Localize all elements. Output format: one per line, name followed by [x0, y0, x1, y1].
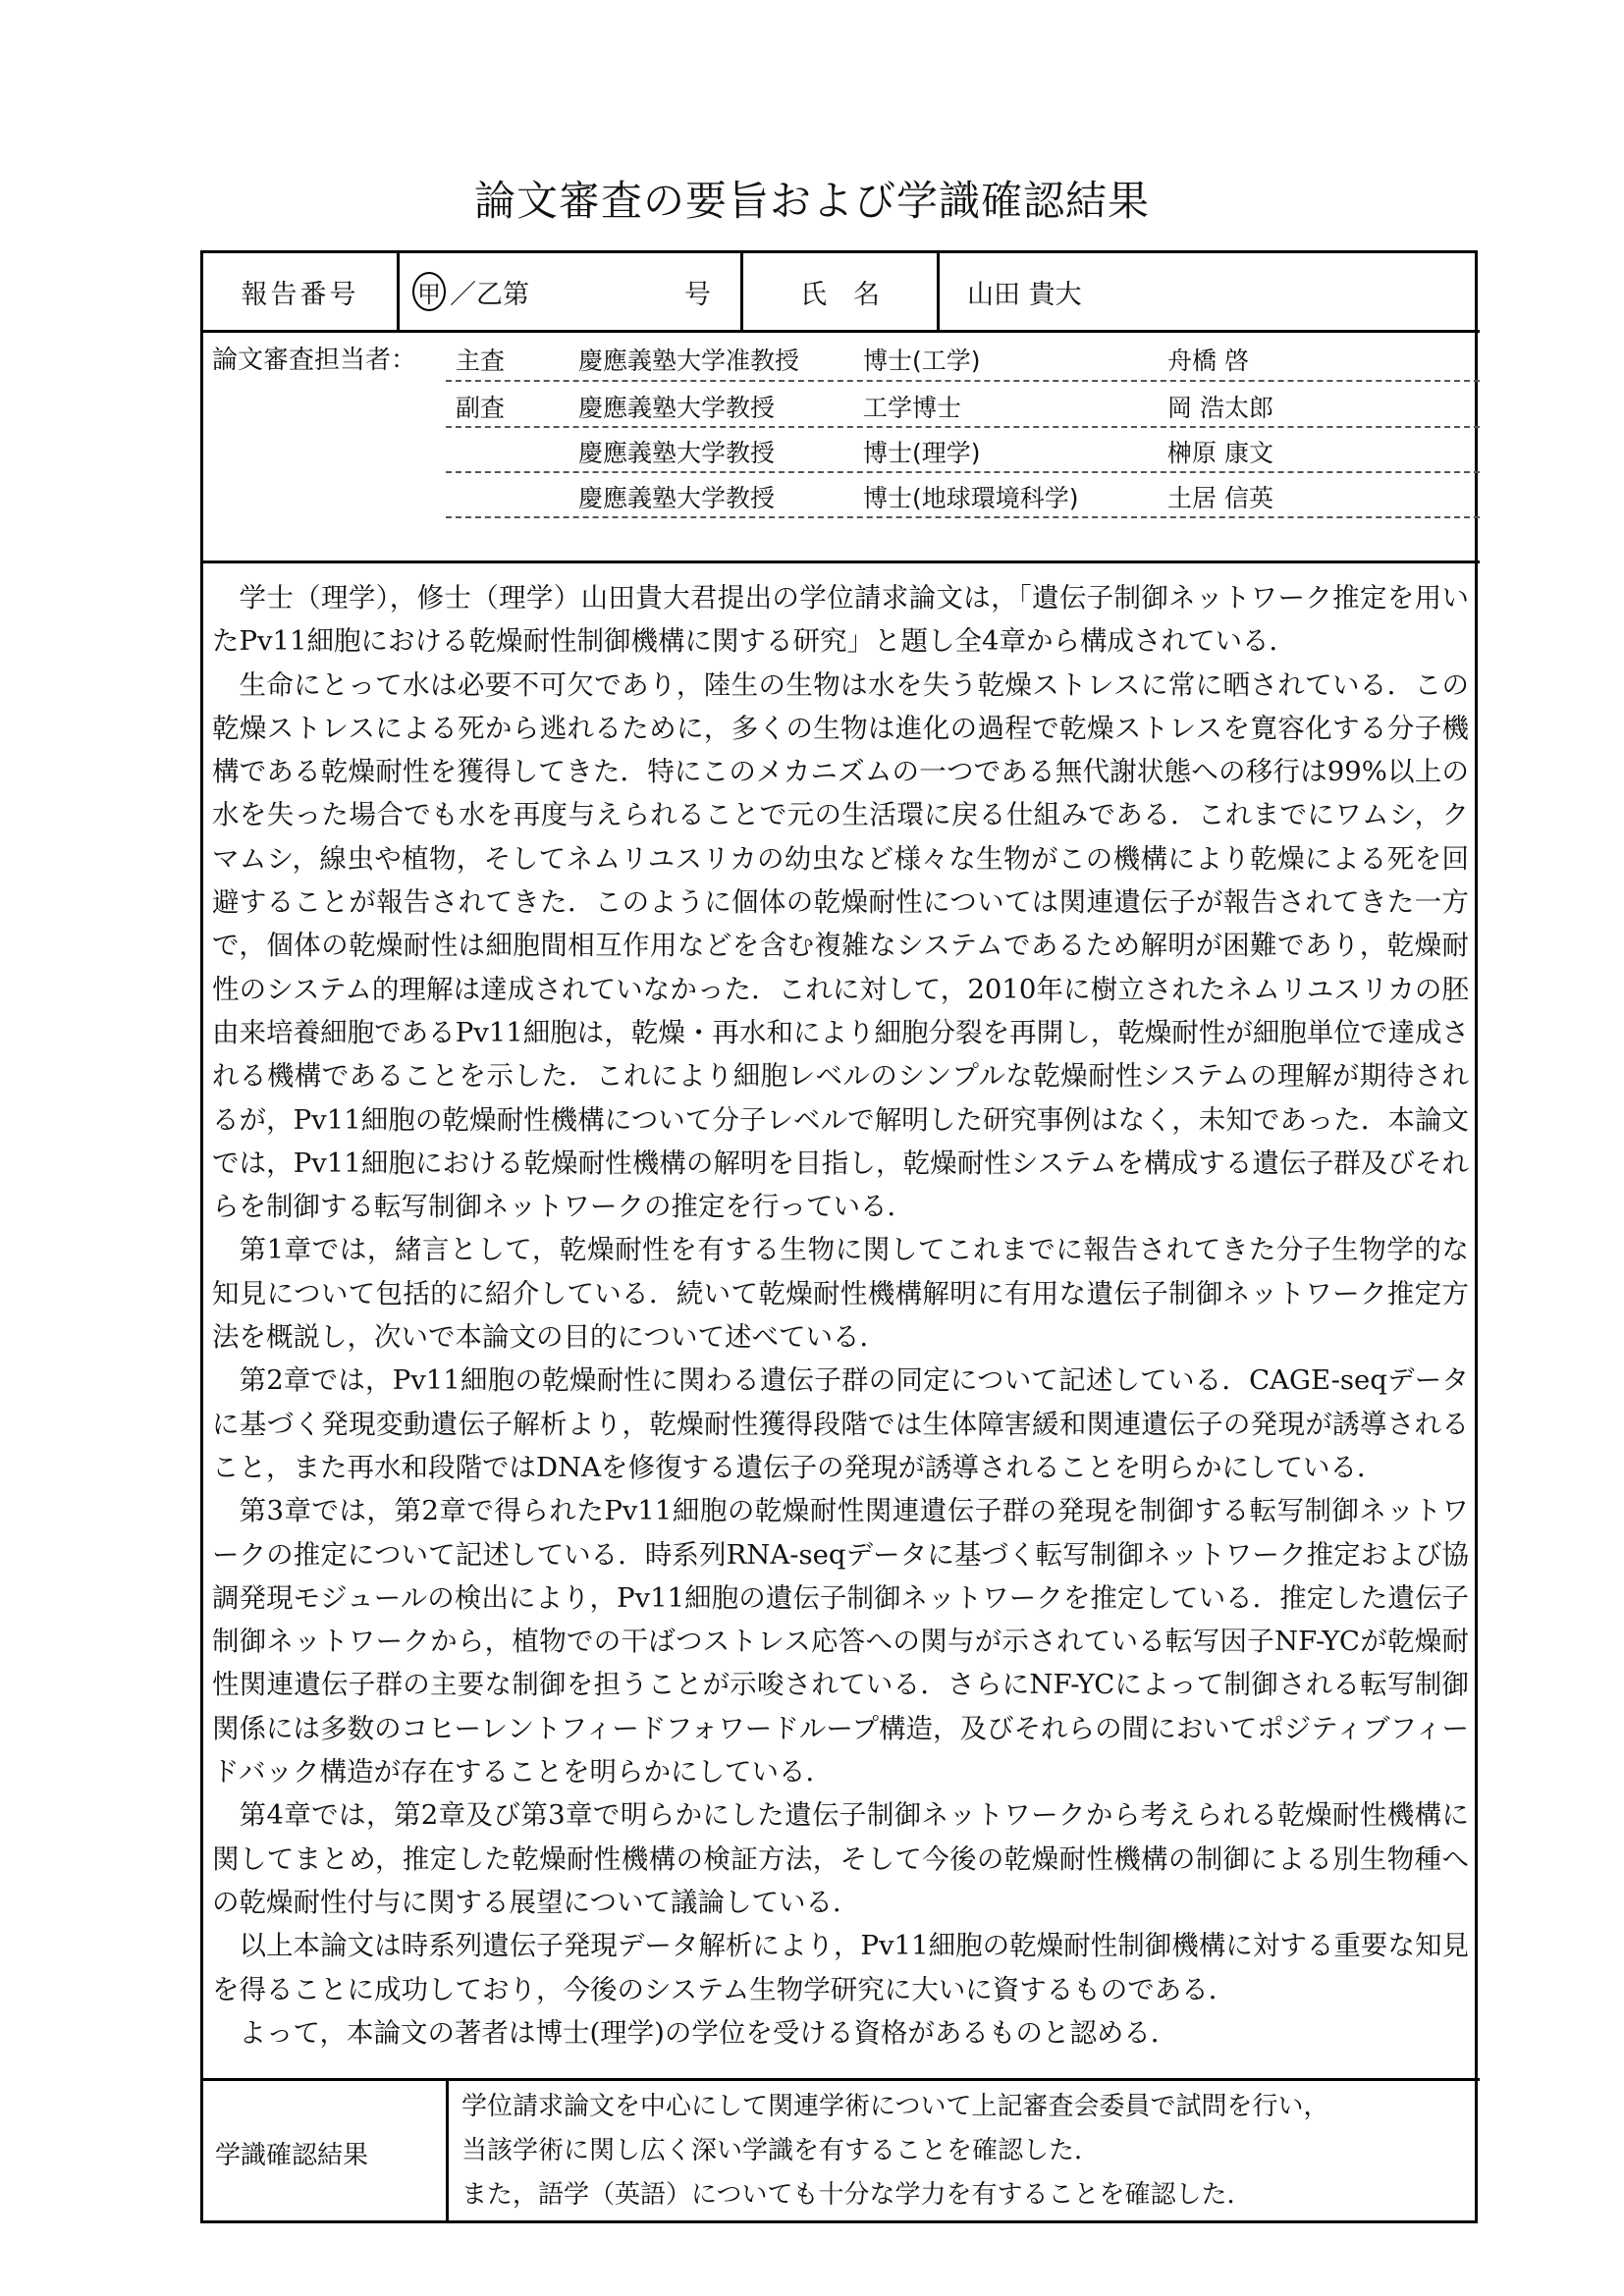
report-type-text: ／乙第	[450, 273, 529, 311]
summary-paragraph: 第1章では，緒言として，乾燥耐性を有する生物に関してこれまでに報告されてきた分子…	[212, 1228, 1469, 1359]
summary-paragraph: 以上本論文は時系列遺伝子発現データ解析により，Pv11細胞の乾燥耐性制御機構に対…	[212, 1924, 1469, 2011]
column-divider	[397, 250, 400, 333]
member-degree: 博士(理学)	[863, 434, 981, 469]
member-name: 土居 信英	[1167, 479, 1273, 514]
summary-paragraph: 学士（理学），修士（理学）山田貴大君提出の学位請求論文は，「遺伝子制御ネットワー…	[212, 576, 1469, 664]
committee-row: 副査 慶應義塾大学教授 工学博士 岡 浩太郎	[446, 381, 1480, 426]
member-role: 副査	[456, 389, 505, 424]
summary-paragraph: 生命にとって水は必要不可欠であり，陸生の生物は水を失う乾燥ストレスに常に晒されて…	[212, 664, 1469, 1229]
summary-paragraph: 第4章では，第2章及び第3章で明らかにした遺伝子制御ネットワークから考えられる乾…	[212, 1793, 1469, 1924]
member-degree: 工学博士	[863, 389, 961, 424]
circled-kou-mark: 甲	[412, 272, 446, 311]
report-number-field: 甲 ／乙第 号	[412, 253, 740, 330]
review-summary: 学士（理学），修士（理学）山田貴大君提出の学位請求論文は，「遺伝子制御ネットワー…	[212, 576, 1469, 2055]
summary-paragraph: 第3章では，第2章で得られたPv11細胞の乾燥耐性関連遺伝子群の発現を制御する転…	[212, 1489, 1469, 1793]
committee-section-divider	[200, 561, 1480, 563]
report-number-label: 報告番号	[203, 253, 397, 330]
committee-row: 慶應義塾大学教授 博士(地球環境科学) 土居 信英	[446, 471, 1480, 516]
result-line: 当該学術に関し広く深い学識を有することを確認した．	[461, 2129, 1473, 2173]
result-line: 学位請求論文を中心にして関連学術について上記審査会委員で試問を行い，	[461, 2085, 1473, 2129]
member-affiliation: 慶應義塾大学准教授	[578, 342, 799, 377]
result-section-divider	[200, 2078, 1480, 2081]
candidate-name: 山田 貴大	[967, 253, 1458, 330]
committee-label: 論文審査担当者：	[212, 340, 416, 376]
name-label: 氏 名	[743, 253, 937, 330]
member-name: 舟橋 啓	[1167, 342, 1249, 377]
member-role: 主査	[456, 342, 505, 377]
result-label: 学識確認結果	[203, 2082, 447, 2223]
committee-row: 主査 慶應義塾大学准教授 博士(工学) 舟橋 啓	[446, 334, 1480, 379]
member-degree: 博士(工学)	[863, 342, 981, 377]
member-affiliation: 慶應義塾大学教授	[578, 479, 775, 514]
summary-paragraph: よって，本論文の著者は博士(理学)の学位を受ける資格があるものと認める．	[212, 2011, 1469, 2055]
member-name: 岡 浩太郎	[1167, 389, 1273, 424]
member-affiliation: 慶應義塾大学教授	[578, 434, 775, 469]
member-name: 榊原 康文	[1167, 434, 1273, 469]
member-degree: 博士(地球環境科学)	[863, 479, 1079, 514]
member-affiliation: 慶應義塾大学教授	[578, 389, 775, 424]
header-row-divider	[200, 330, 1480, 333]
report-number-suffix: 号	[684, 273, 711, 311]
result-text: 学位請求論文を中心にして関連学術について上記審査会委員で試問を行い， 当該学術に…	[461, 2085, 1473, 2217]
column-divider	[937, 250, 940, 333]
summary-paragraph: 第2章では，Pv11細胞の乾燥耐性に関わる遺伝子群の同定について記述している．C…	[212, 1359, 1469, 1489]
result-line: また，語学（英語）についても十分な学力を有することを確認した．	[461, 2173, 1473, 2217]
dashed-divider	[446, 516, 1480, 518]
committee-row: 慶應義塾大学教授 博士(理学) 榊原 康文	[446, 426, 1480, 471]
document-title: 論文審査の要旨および学識確認結果	[0, 169, 1624, 228]
